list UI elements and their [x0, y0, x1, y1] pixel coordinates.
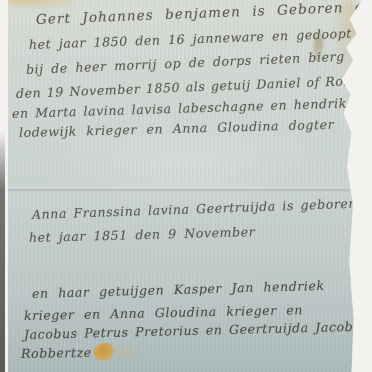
photo-edge-shadow: [0, 130, 5, 372]
document-paper: Gert Johannes benjamen is Geboren en het…: [8, 0, 362, 372]
stain-bottom-halo: [112, 345, 138, 360]
photo-background: Gert Johannes benjamen is Geboren en het…: [0, 0, 372, 372]
fold-crease: [8, 187, 362, 192]
handwritten-line: Robbertze: [21, 345, 92, 361]
